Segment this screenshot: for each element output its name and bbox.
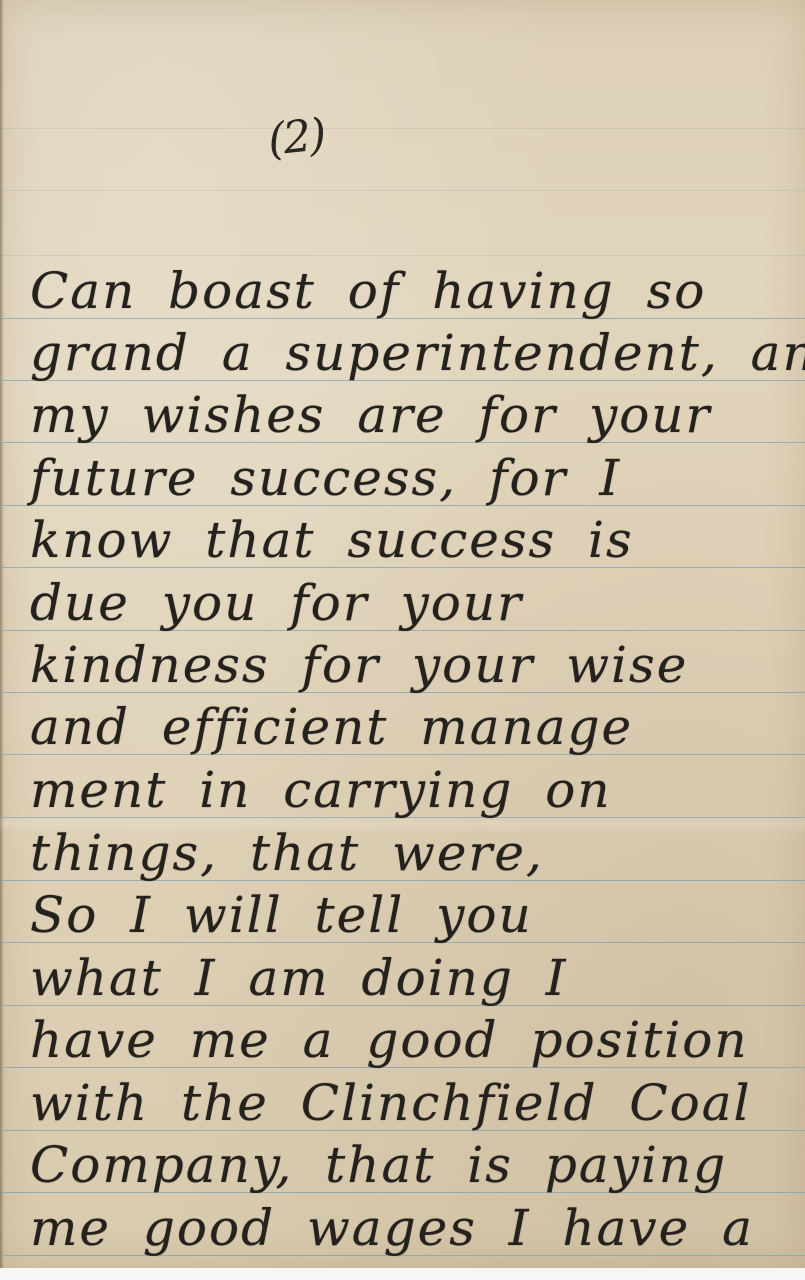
text-line-8: and efficient manage	[30, 696, 800, 758]
text-line-15: Company, that is paying	[30, 1134, 800, 1196]
text-line-1: Can boast of having so	[30, 260, 800, 322]
ruled-line	[0, 128, 805, 129]
text-line-14: with the Clinchfield Coal	[30, 1072, 800, 1134]
text-line-6: due you for your	[30, 572, 800, 634]
text-line-7: kindness for your wise	[30, 634, 800, 696]
text-line-5: know that success is	[30, 509, 800, 571]
text-line-2: grand a superintendent, and	[30, 322, 800, 384]
scan-margin	[0, 1268, 805, 1280]
text-line-16: me good wages I have a	[30, 1197, 800, 1259]
letter-page: (2) Can boast of having so grand a super…	[0, 0, 805, 1268]
ruled-line	[0, 190, 805, 191]
text-line-11: So I will tell you	[30, 884, 800, 946]
ruled-line	[0, 255, 805, 256]
page-number: (2)	[265, 109, 326, 166]
text-line-3: my wishes are for your	[30, 384, 800, 446]
text-line-10: things, that were,	[30, 822, 800, 884]
text-line-13: have me a good position	[30, 1009, 800, 1071]
text-line-4: future success, for I	[30, 447, 800, 509]
text-line-9: ment in carrying on	[30, 759, 800, 821]
text-line-12: what I am doing I	[30, 947, 800, 1009]
